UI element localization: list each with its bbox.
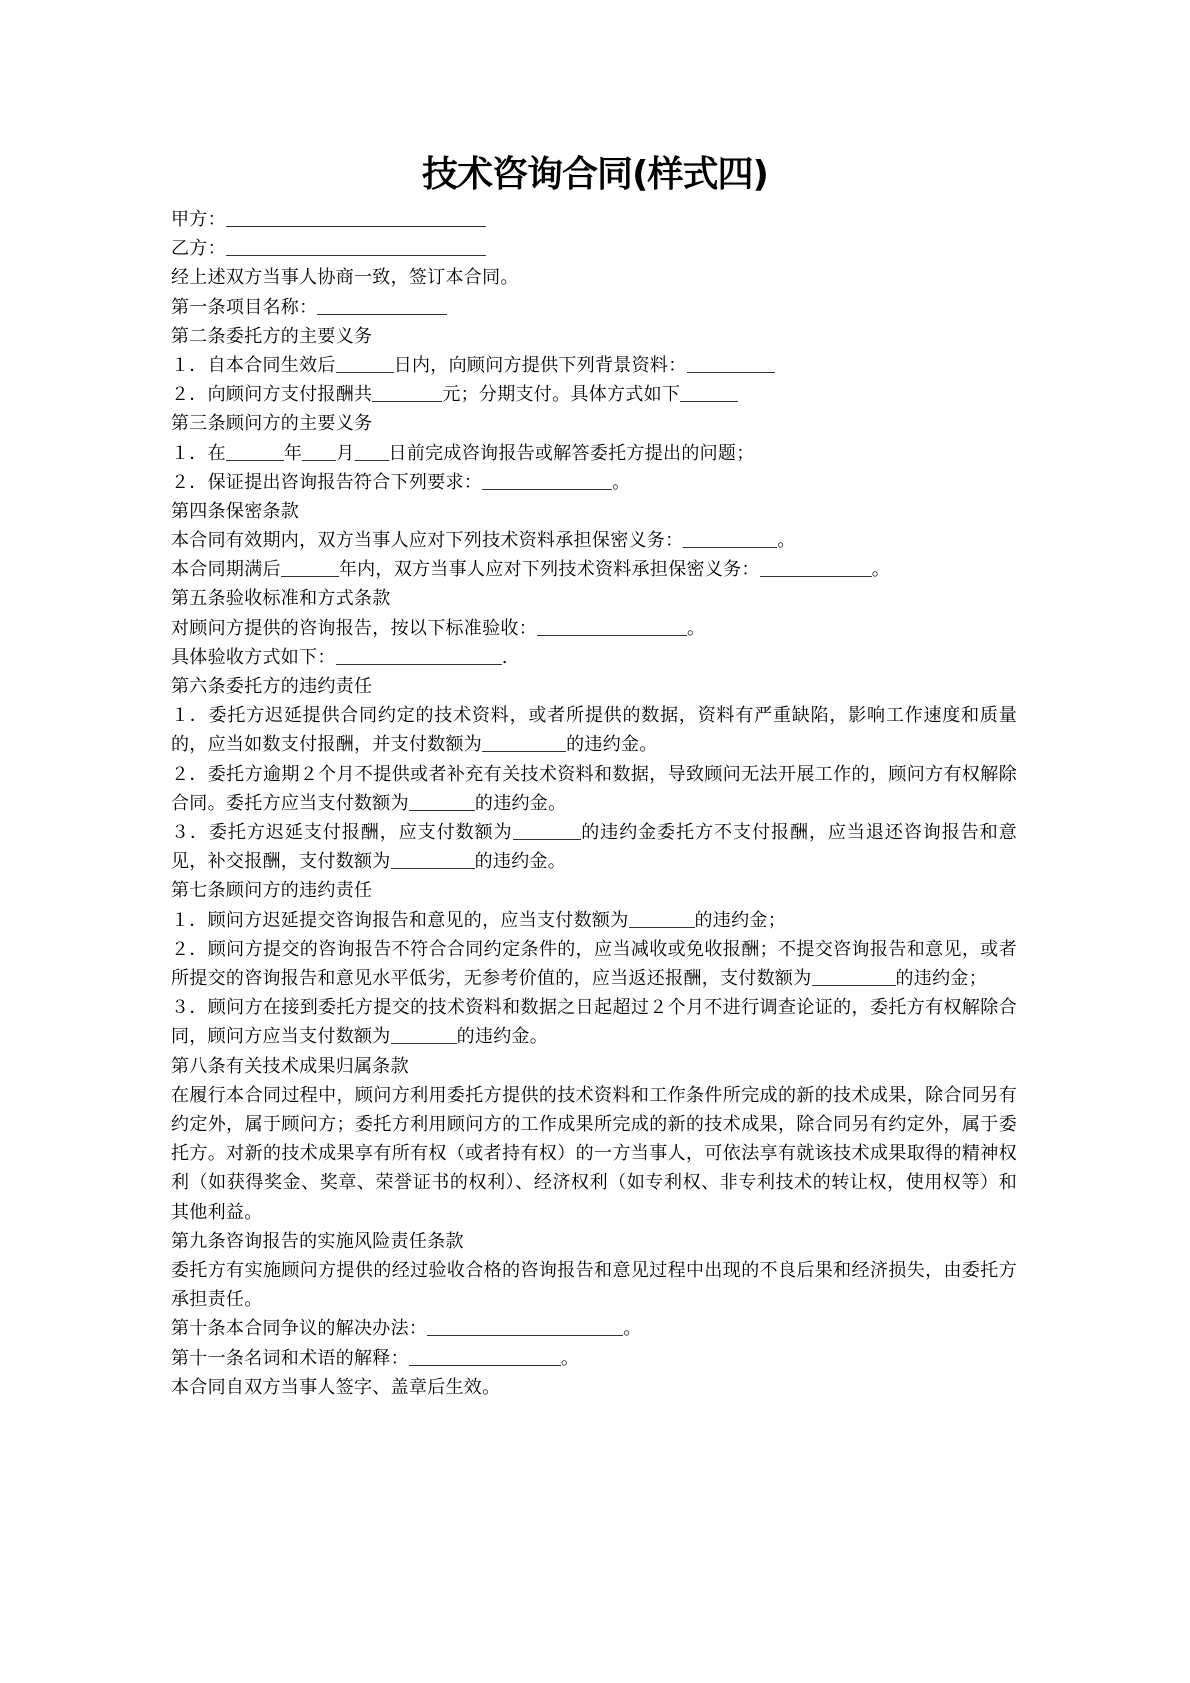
document-line: １．在年月日前完成咨询报告或解答委托方提出的问题；: [171, 439, 1031, 468]
fill-in-blank[interactable]: [372, 383, 442, 402]
fill-in-blank[interactable]: [391, 1025, 457, 1044]
text-run: 日内，向顾问方提供下列背景资料：: [394, 355, 687, 376]
text-run: 的违约金。: [457, 1026, 549, 1047]
document-body: 甲方：乙方：经上述双方当事人协商一致，签订本合同。第一条项目名称：第二条委托方的…: [171, 205, 1031, 1402]
text-run: 本合同有效期内，双方当事人应对下列技术资料承担保密义务：: [171, 530, 683, 551]
document-line: １．自本合同生效后日内，向顾问方提供下列背景资料：: [171, 351, 1031, 380]
text-run: 本合同自双方当事人签字、盖章后生效。: [171, 1377, 500, 1398]
document-paragraph: ２．委托方逾期２个月不提供或者补充有关技术资料和数据，导致顾问无法开展工作的，顾…: [171, 760, 1017, 818]
text-run: 第十一条名词和术语的解释：: [171, 1348, 409, 1369]
text-run: 第三条顾问方的主要义务: [171, 413, 372, 434]
document-line: 乙方：: [171, 234, 1031, 263]
fill-in-blank[interactable]: [687, 354, 775, 373]
document-line: １．顾问方迟延提交咨询报告和意见的，应当支付数额为的违约金；: [171, 906, 1031, 935]
fill-in-blank[interactable]: [409, 792, 475, 811]
text-run: １．自本合同生效后: [171, 355, 336, 376]
fill-in-blank[interactable]: [680, 383, 738, 402]
text-run: 第五条验收标准和方式条款: [171, 588, 391, 609]
text-run: 。: [623, 1318, 641, 1339]
fill-in-blank[interactable]: [336, 354, 394, 373]
fill-in-blank[interactable]: [391, 850, 475, 869]
text-run: 第二条委托方的主要义务: [171, 326, 372, 347]
text-run: 第四条保密条款: [171, 501, 299, 522]
text-run: 第一条项目名称：: [171, 297, 317, 318]
text-run: ３．顾问方在接到委托方提交的技术资料和数据之日起超过２个月不进行调查论证的，委托…: [171, 997, 1017, 1047]
text-run: .: [502, 647, 508, 668]
text-run: 。: [777, 530, 795, 551]
document-line: 第九条咨询报告的实施风险责任条款: [171, 1227, 1031, 1256]
text-run: 年: [284, 443, 302, 464]
text-run: 乙方：: [171, 238, 226, 259]
text-run: 月: [336, 443, 354, 464]
text-run: 第十条本合同争议的解决办法：: [171, 1318, 427, 1339]
document-line: 第十条本合同争议的解决办法：。: [171, 1314, 1031, 1343]
document-paragraph: ３．顾问方在接到委托方提交的技术资料和数据之日起超过２个月不进行调查论证的，委托…: [171, 993, 1017, 1051]
text-run: ３．委托方迟延支付报酬，应支付数额为: [171, 822, 513, 843]
fill-in-blank[interactable]: [281, 558, 339, 577]
text-run: 甲方：: [171, 209, 226, 230]
text-run: 委托方有实施顾问方提供的经过验收合格的咨询报告和意见过程中出现的不良后果和经济损…: [171, 1260, 1017, 1310]
document-paragraph: １．委托方迟延提供合同约定的技术资料，或者所提供的数据，资料有严重缺陷，影响工作…: [171, 701, 1017, 759]
document-line: 第八条有关技术成果归属条款: [171, 1052, 1031, 1081]
document-line: ２．向顾问方支付报酬共元；分期支付。具体方式如下: [171, 380, 1031, 409]
document-line: 甲方：: [171, 205, 1031, 234]
text-run: 的违约金。: [475, 793, 567, 814]
fill-in-blank[interactable]: [302, 442, 336, 461]
document-line: 第七条顾问方的违约责任: [171, 876, 1031, 905]
text-run: 第八条有关技术成果归属条款: [171, 1056, 409, 1077]
document-line: 第三条顾问方的主要义务: [171, 409, 1031, 438]
fill-in-blank[interactable]: [629, 909, 695, 928]
document-line: 本合同自双方当事人签字、盖章后生效。: [171, 1373, 1031, 1402]
document-line: 本合同期满后年内，双方当事人应对下列技术资料承担保密义务：。: [171, 555, 1031, 584]
fill-in-blank[interactable]: [482, 733, 566, 752]
fill-in-blank[interactable]: [427, 1317, 623, 1336]
document-line: 第二条委托方的主要义务: [171, 322, 1031, 351]
text-run: ２．委托方逾期２个月不提供或者补充有关技术资料和数据，导致顾问无法开展工作的，顾…: [171, 764, 1017, 814]
text-run: 日前完成咨询报告或解答委托方提出的问题；: [389, 443, 755, 464]
document-line: ２．保证提出咨询报告符合下列要求：。: [171, 468, 1031, 497]
text-run: ２．向顾问方支付报酬共: [171, 384, 372, 405]
document-paragraph: ３．委托方迟延支付报酬，应支付数额为的违约金委托方不支付报酬，应当退还咨询报告和…: [171, 818, 1017, 876]
text-run: １．在: [171, 443, 226, 464]
text-run: 的违约金；: [896, 968, 988, 989]
document-line: 对顾问方提供的咨询报告，按以下标准验收：。: [171, 614, 1031, 643]
text-run: 第七条顾问方的违约责任: [171, 880, 372, 901]
fill-in-blank[interactable]: [226, 442, 284, 461]
document-line: 第六条委托方的违约责任: [171, 672, 1031, 701]
document-paragraph: ２．顾问方提交的咨询报告不符合合同约定条件的，应当减收或免收报酬；不提交咨询报告…: [171, 935, 1017, 993]
text-run: 。: [612, 472, 630, 493]
text-run: ２．保证提出咨询报告符合下列要求：: [171, 472, 482, 493]
text-run: １．顾问方迟延提交咨询报告和意见的，应当支付数额为: [171, 910, 629, 931]
text-run: 年内，双方当事人应对下列技术资料承担保密义务：: [339, 559, 760, 580]
document-line: 具体验收方式如下：.: [171, 643, 1031, 672]
fill-in-blank[interactable]: [226, 208, 486, 227]
text-run: 的违约金。: [566, 734, 658, 755]
document-paragraph: 委托方有实施顾问方提供的经过验收合格的咨询报告和意见过程中出现的不良后果和经济损…: [171, 1256, 1017, 1314]
text-run: 具体验收方式如下：: [171, 647, 336, 668]
document-line: 第一条项目名称：: [171, 293, 1031, 322]
fill-in-blank[interactable]: [336, 646, 502, 665]
document-line: 本合同有效期内，双方当事人应对下列技术资料承担保密义务：。: [171, 526, 1031, 555]
fill-in-blank[interactable]: [482, 471, 612, 490]
document-line: 经上述双方当事人协商一致，签订本合同。: [171, 263, 1031, 292]
text-run: 第六条委托方的违约责任: [171, 676, 372, 697]
fill-in-blank[interactable]: [226, 237, 486, 256]
text-run: 在履行本合同过程中，顾问方利用委托方提供的技术资料和工作条件所完成的新的技术成果…: [171, 1085, 1017, 1223]
fill-in-blank[interactable]: [812, 967, 896, 986]
text-run: 元；分期支付。具体方式如下: [442, 384, 680, 405]
document-line: 第四条保密条款: [171, 497, 1031, 526]
text-run: 。: [687, 618, 705, 639]
text-run: 第九条咨询报告的实施风险责任条款: [171, 1231, 464, 1252]
fill-in-blank[interactable]: [760, 558, 872, 577]
fill-in-blank[interactable]: [537, 617, 687, 636]
text-run: 的违约金；: [695, 910, 787, 931]
document-title: 技术咨询合同(样式四): [0, 148, 1190, 202]
fill-in-blank[interactable]: [355, 442, 389, 461]
fill-in-blank[interactable]: [513, 821, 581, 840]
text-run: 。: [561, 1348, 579, 1369]
fill-in-blank[interactable]: [409, 1347, 561, 1366]
fill-in-blank[interactable]: [683, 529, 777, 548]
text-run: 的违约金。: [475, 851, 567, 872]
text-run: 经上述双方当事人协商一致，签订本合同。: [171, 267, 519, 288]
document-line: 第五条验收标准和方式条款: [171, 584, 1031, 613]
document-paragraph: 在履行本合同过程中，顾问方利用委托方提供的技术资料和工作条件所完成的新的技术成果…: [171, 1081, 1017, 1227]
text-run: 。: [872, 559, 890, 580]
text-run: 对顾问方提供的咨询报告，按以下标准验收：: [171, 618, 537, 639]
fill-in-blank[interactable]: [317, 296, 447, 315]
text-run: 本合同期满后: [171, 559, 281, 580]
document-line: 第十一条名词和术语的解释：。: [171, 1344, 1031, 1373]
